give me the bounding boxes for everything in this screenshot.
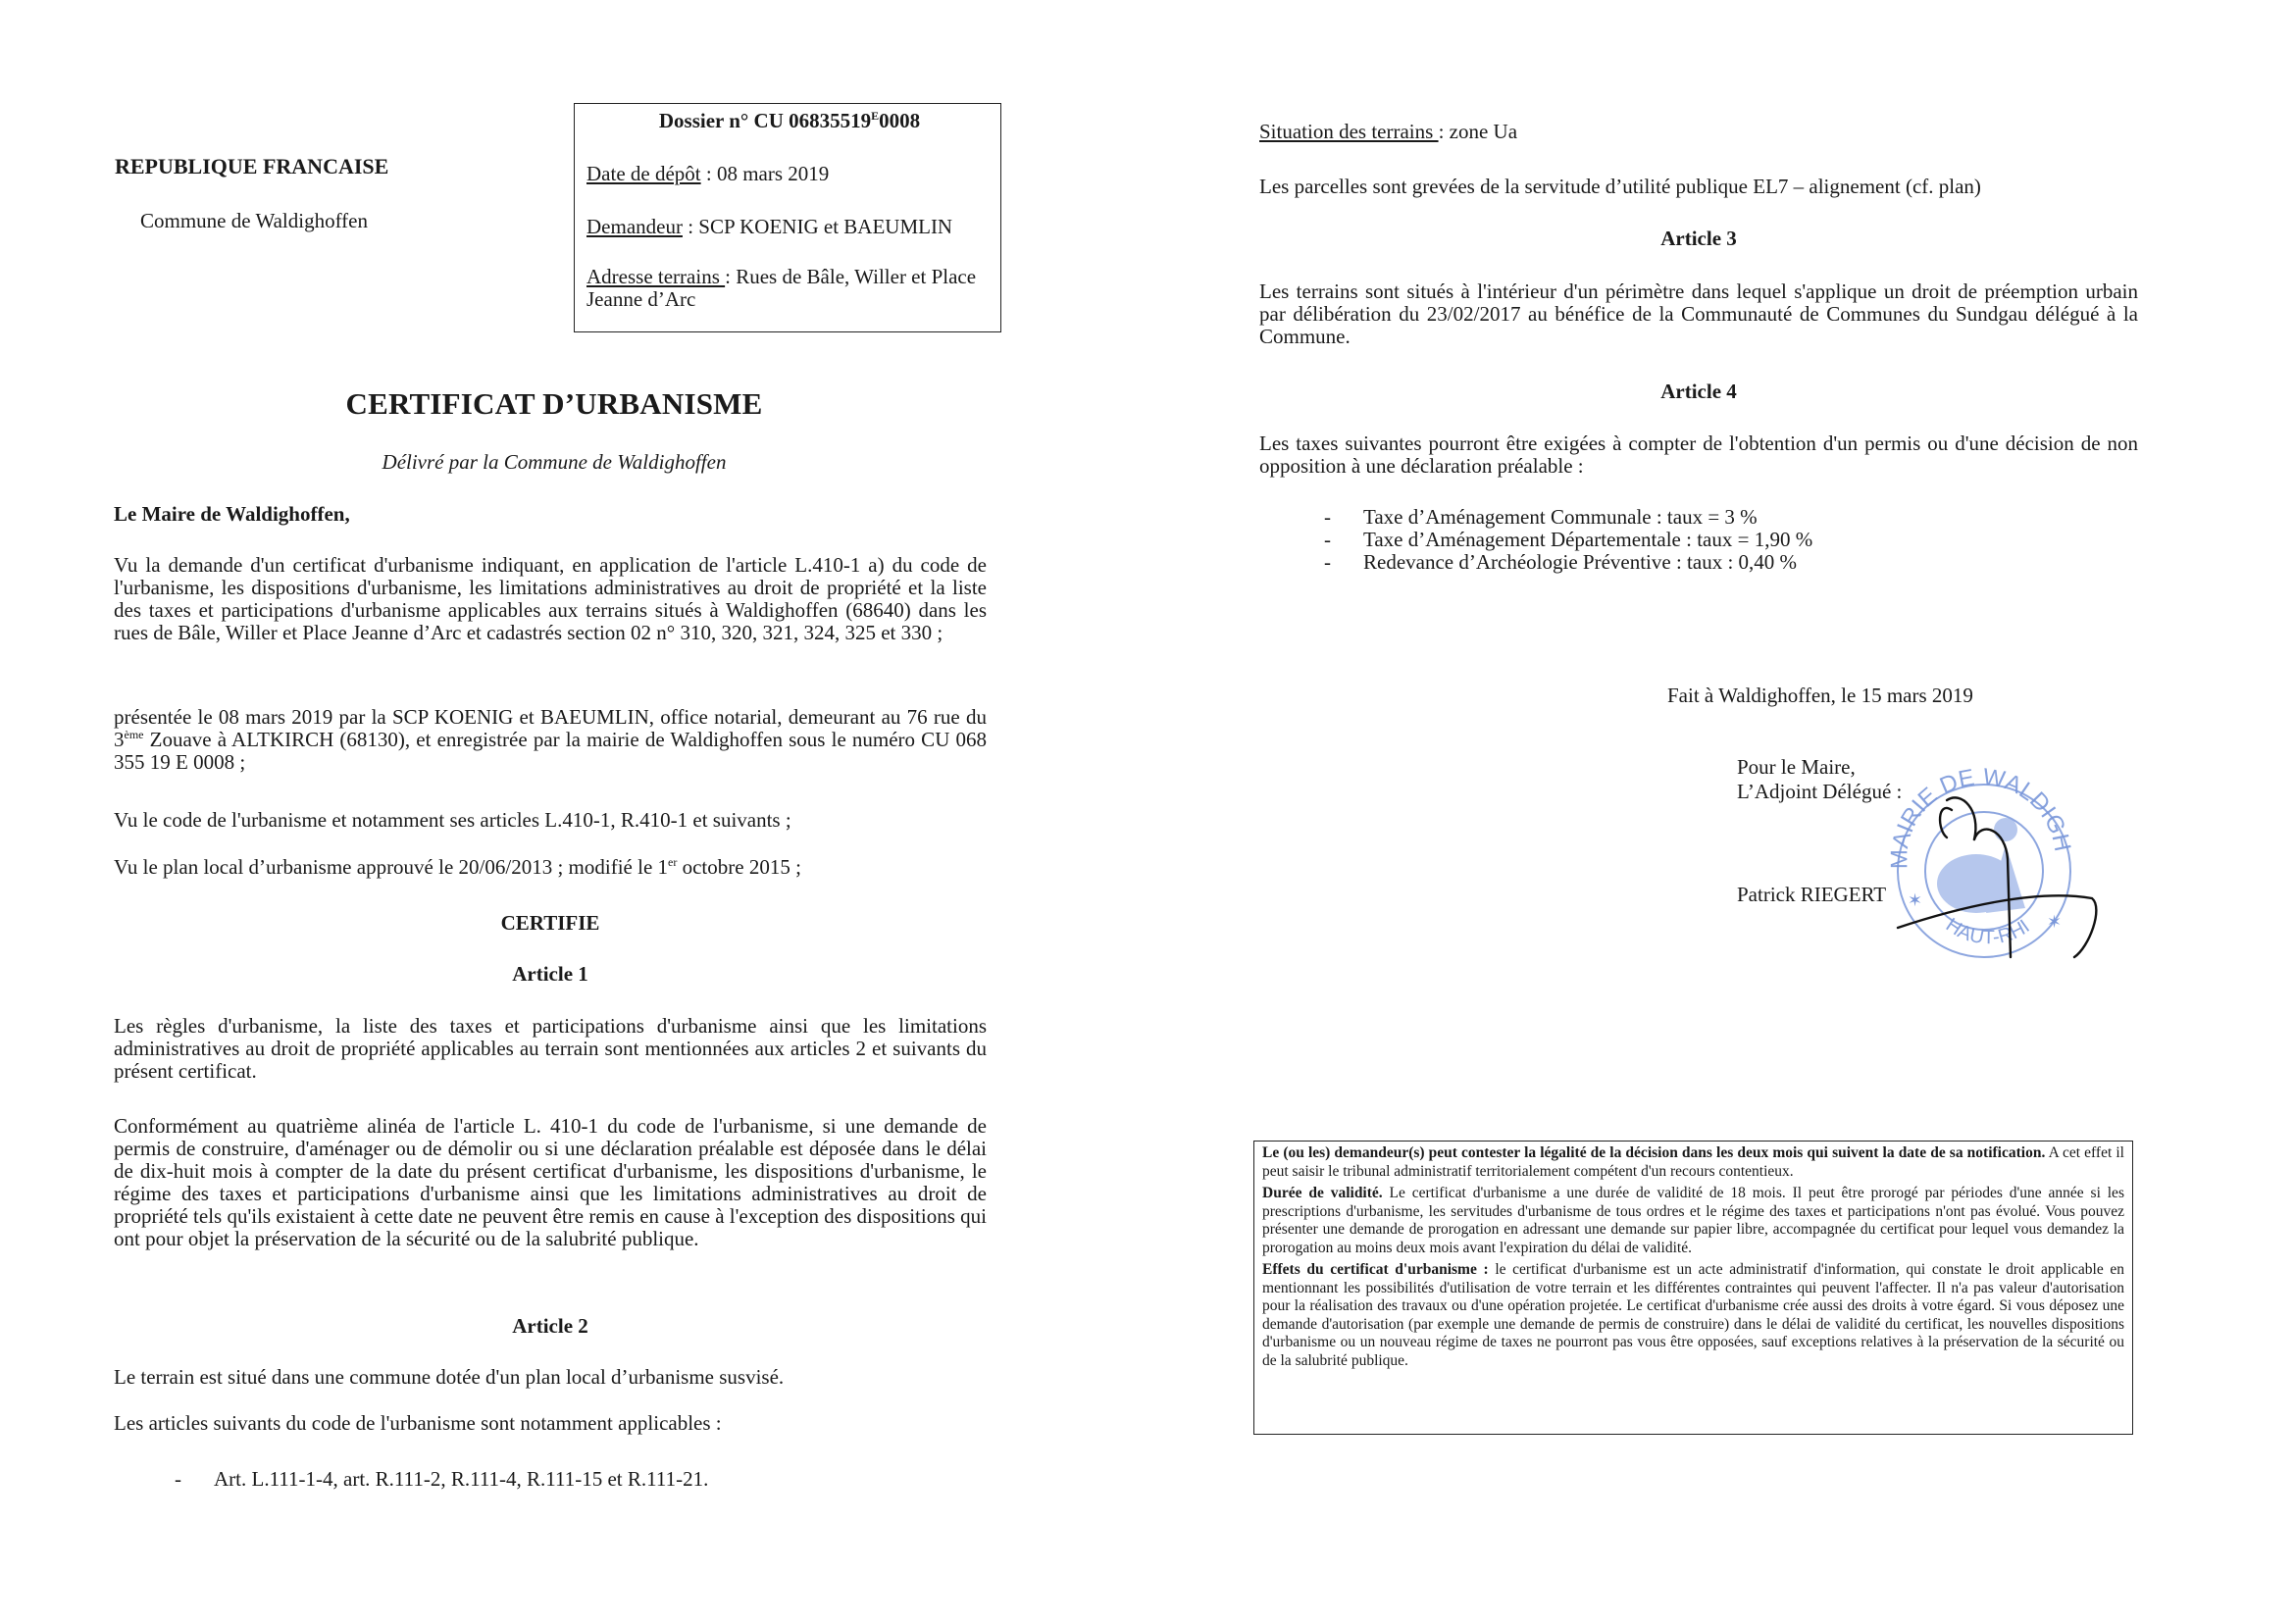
servitude-paragraph: Les parcelles sont grevées de la servitu… <box>1259 176 2138 198</box>
signature-place-date: Fait à Waldighoffen, le 15 mars 2019 <box>1667 684 1973 708</box>
bullet-dash: - <box>175 1468 214 1491</box>
legal-notice-box: Le (ou les) demandeur(s) peut contester … <box>1253 1141 2133 1435</box>
dossier-info-box: Dossier n° CU 06835519E0008 Date de dépô… <box>574 103 1001 332</box>
signatory-name: Patrick RIEGERT <box>1737 883 1886 907</box>
tax-item: -Taxe d’Aménagement Communale : taux = 3… <box>1324 506 2011 529</box>
republic-heading: REPUBLIQUE FRANCAISE <box>115 154 388 179</box>
land-address: Adresse terrains : Rues de Bâle, Willer … <box>586 266 993 311</box>
article-2-paragraph-1: Le terrain est situé dans une commune do… <box>114 1366 987 1389</box>
article-1-paragraph-1: Les règles d'urbanisme, la liste des tax… <box>114 1015 987 1083</box>
notice-validity: Durée de validité. Le certificat d'urban… <box>1262 1185 2124 1257</box>
article-3-heading: Article 3 <box>1259 227 2138 251</box>
land-situation: Situation des terrains : zone Ua <box>1259 121 2138 143</box>
document-title: CERTIFICAT D’URBANISME <box>147 386 961 422</box>
dossier-number: Dossier n° CU 06835519E0008 <box>586 110 993 132</box>
article-2-paragraph-2: Les articles suivants du code de l'urban… <box>114 1412 987 1435</box>
tax-item: -Redevance d’Archéologie Préventive : ta… <box>1324 551 2011 574</box>
tax-item: -Taxe d’Aménagement Départementale : tau… <box>1324 529 2011 551</box>
article-1-heading: Article 1 <box>114 962 987 987</box>
paragraph-vu-demande: Vu la demande d'un certificat d'urbanism… <box>114 554 987 644</box>
svg-text:✶: ✶ <box>1908 890 1922 910</box>
article-4-heading: Article 4 <box>1259 380 2138 404</box>
article-4-paragraph: Les taxes suivantes pourront être exigée… <box>1259 432 2138 478</box>
paragraph-presentee: présentée le 08 mars 2019 par la SCP KOE… <box>114 706 987 774</box>
deposit-date: Date de dépôt : 08 mars 2019 <box>586 163 993 185</box>
article-3-paragraph: Les terrains sont situés à l'intérieur d… <box>1259 280 2138 348</box>
tax-list: -Taxe d’Aménagement Communale : taux = 3… <box>1324 506 2011 574</box>
applicant: Demandeur : SCP KOENIG et BAEUMLIN <box>586 216 993 238</box>
article-2-heading: Article 2 <box>114 1314 987 1339</box>
article-1-paragraph-2: Conformément au quatrième alinéa de l'ar… <box>114 1115 987 1250</box>
notice-contestation: Le (ou les) demandeur(s) peut contester … <box>1262 1144 2124 1181</box>
certifie-heading: CERTIFIE <box>114 911 987 936</box>
article-2-list-item: - Art. L.111-1-4, art. R.111-2, R.111-4,… <box>175 1468 708 1491</box>
commune-name: Commune de Waldighoffen <box>140 209 368 233</box>
svg-text:MAIRIE DE WALDIGHOFFEN: MAIRIE DE WALDIGHOFFEN <box>1868 761 2075 869</box>
mayor-heading: Le Maire de Waldighoffen, <box>114 502 350 527</box>
official-stamp-icon: MAIRIE DE WALDIGHOFFEN HAUT-RHIN ✶ ✶ <box>1868 761 2104 967</box>
svg-text:✶: ✶ <box>2047 912 2062 932</box>
document-subtitle: Délivré par la Commune de Waldighoffen <box>147 450 961 475</box>
paragraph-vu-plan: Vu le plan local d’urbanisme approuvé le… <box>114 856 987 879</box>
notice-effects: Effets du certificat d'urbanisme : le ce… <box>1262 1261 2124 1370</box>
paragraph-vu-code: Vu le code de l'urbanisme et notamment s… <box>114 809 987 832</box>
